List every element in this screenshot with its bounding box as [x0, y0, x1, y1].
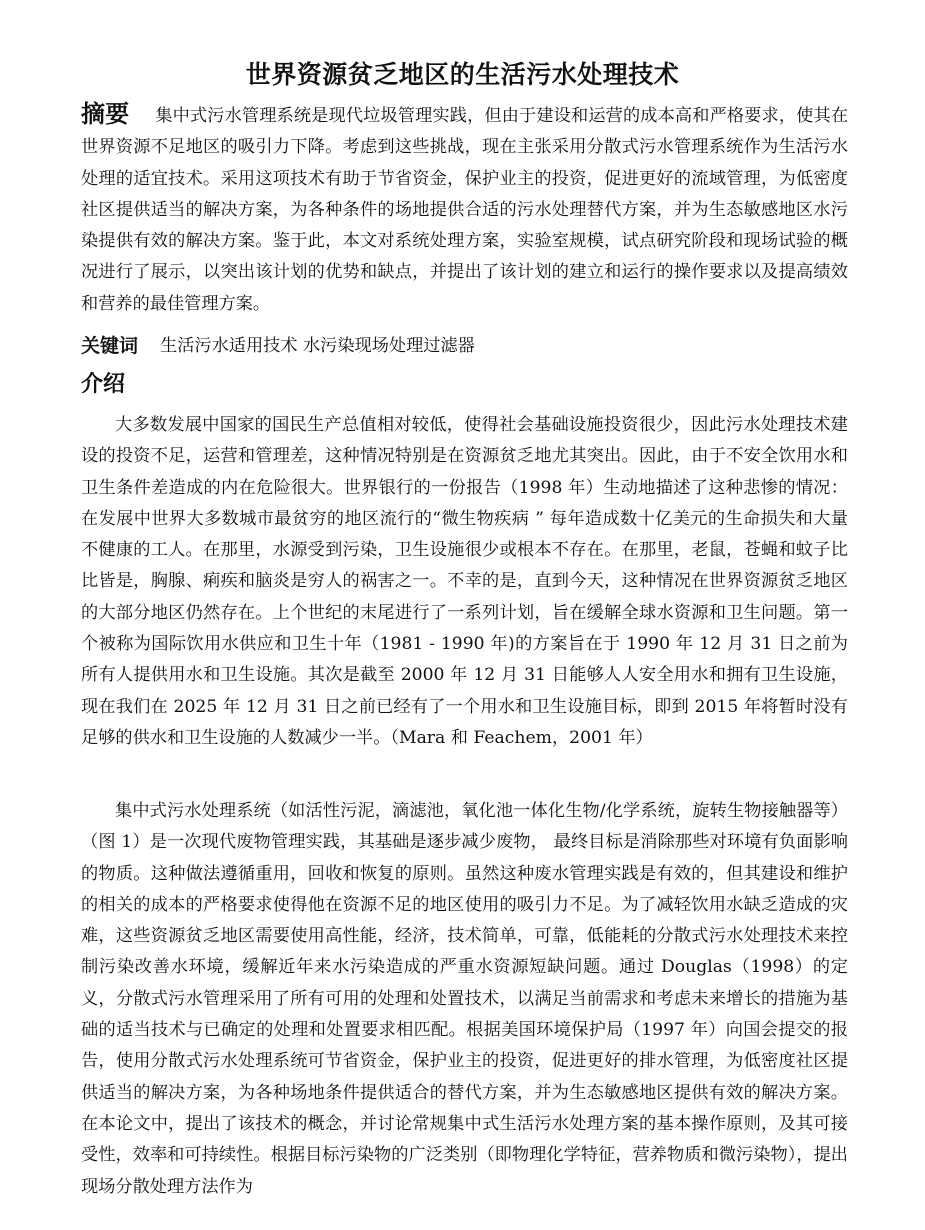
- abstract: 摘要集中式污水管理系统是现代垃圾管理实践，但由于建设和运营的成本高和严格要求，使…: [81, 99, 848, 320]
- keywords-text: 生活污水适用技术 水污染现场处理过滤器: [160, 336, 475, 356]
- abstract-text: 集中式污水管理系统是现代垃圾管理实践，但由于建设和运营的成本高和严格要求，使其在…: [81, 106, 848, 314]
- section-heading-intro: 介绍: [81, 368, 125, 402]
- paragraph-text: 大多数发展中国家的国民生产总值相对较低，使得社会基础设施投资很少，因此污水处理技…: [81, 410, 848, 754]
- keywords-label: 关键词: [81, 335, 138, 357]
- abstract-label: 摘要: [81, 100, 129, 128]
- intro-paragraph-2: 集中式污水处理系统（如活性污泥，滴滤池，氧化池一体化生物/化学系统，旋转生物接触…: [81, 796, 848, 1203]
- keywords: 关键词生活污水适用技术 水污染现场处理过滤器: [81, 331, 475, 361]
- intro-paragraph-1: 大多数发展中国家的国民生产总值相对较低，使得社会基础设施投资很少，因此污水处理技…: [81, 410, 848, 754]
- paper-title: 世界资源贫乏地区的生活污水处理技术: [0, 58, 925, 92]
- paragraph-text: 集中式污水处理系统（如活性污泥，滴滤池，氧化池一体化生物/化学系统，旋转生物接触…: [81, 796, 848, 1203]
